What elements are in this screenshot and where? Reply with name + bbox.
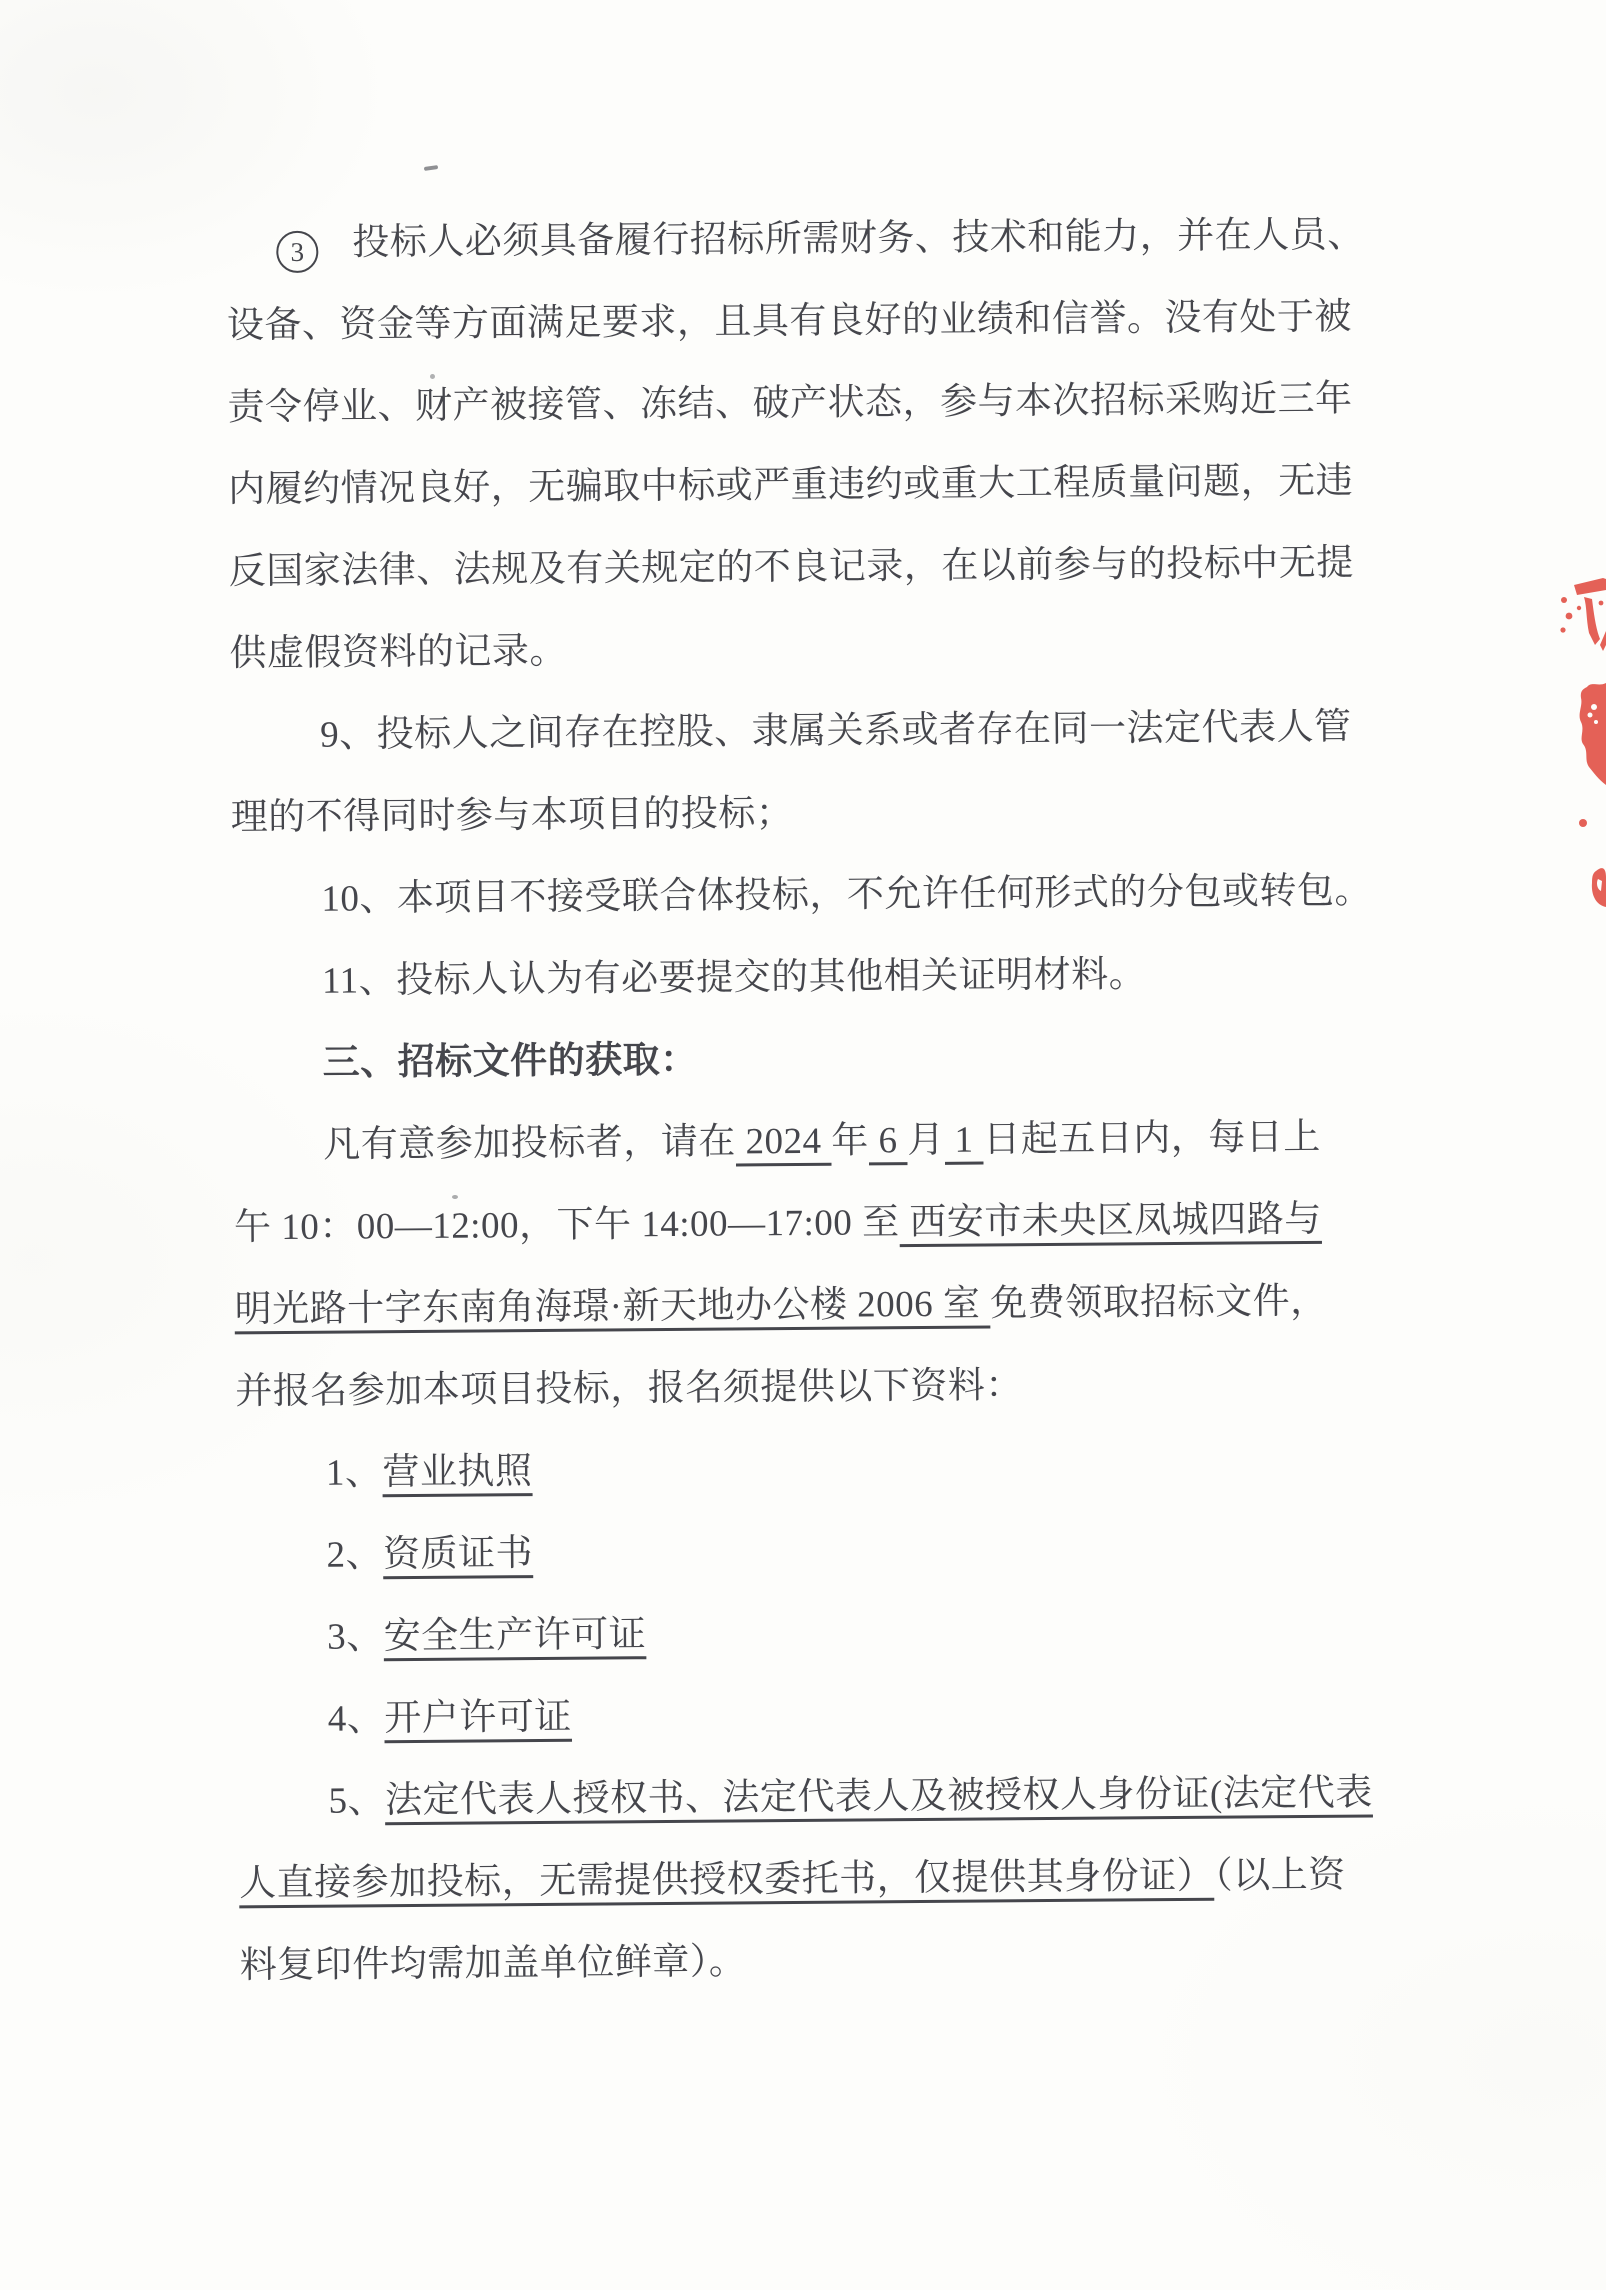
text-segment: 5、 bbox=[328, 1780, 385, 1821]
text-line: 3、安全生产许可证 bbox=[237, 1589, 1363, 1680]
text-segment: 反国家法律、法规及有关规定的不良记录，在以前参与的投标中无提 bbox=[229, 543, 1354, 593]
text-line: 3投标人必须具备履行招标所需财务、技术和能力，并在人员、 bbox=[226, 195, 1352, 286]
document-body: 3投标人必须具备履行招标所需财务、技术和能力，并在人员、设备、资金等方面满足要求… bbox=[226, 195, 1365, 2008]
text-line: 并报名参加本项目投标，报名须提供以下资料： bbox=[235, 1343, 1361, 1434]
text-line: 设备、资金等方面满足要求，且具有良好的业绩和信誉。没有处于被 bbox=[227, 277, 1353, 368]
text-segment: 人直接参加投标，无需提供授权委托书，仅提供其身份证） bbox=[239, 1856, 1214, 1905]
red-seal-graphic bbox=[1556, 575, 1606, 915]
text-line: 午 10：00—12:00，下午 14:00—17:00 至 西安市未央区凤城四… bbox=[234, 1179, 1360, 1270]
text-line: 供虚假资料的记录。 bbox=[229, 605, 1355, 696]
scan-speck bbox=[452, 1195, 458, 1199]
text-line: 人直接参加投标，无需提供授权委托书，仅提供其身份证）（以上资 bbox=[239, 1835, 1365, 1926]
text-segment: 安全生产许可证 bbox=[384, 1614, 647, 1657]
text-segment: 营业执照 bbox=[382, 1451, 532, 1493]
text-segment: 2、 bbox=[326, 1534, 383, 1575]
text-line: 9、投标人之间存在控股、隶属关系或者存在同一法定代表人管 bbox=[230, 687, 1356, 778]
text-line: 11、投标人认为有必要提交的其他相关证明材料。 bbox=[232, 933, 1358, 1024]
text-segment: 日起五日内，每日上 bbox=[983, 1117, 1321, 1161]
text-segment: （以上资 bbox=[1214, 1855, 1346, 1897]
text-segment: 明光路十字东南角海璟·新天地办公楼 2006 室 bbox=[234, 1283, 990, 1330]
text-line: 料复印件均需加盖单位鲜章）。 bbox=[239, 1917, 1365, 2008]
red-seal-stamp bbox=[1556, 575, 1606, 915]
text-segment: 法定代表人授权书、法定代表人及被授权人身份证(法定代表 bbox=[385, 1772, 1373, 1821]
text-segment: 设备、资金等方面满足要求，且具有良好的业绩和信誉。没有处于被 bbox=[227, 297, 1352, 347]
text-line: 三、招标文件的获取： bbox=[232, 1015, 1358, 1106]
text-segment: 三、招标文件的获取： bbox=[323, 1040, 698, 1084]
text-line: 反国家法律、法规及有关规定的不良记录，在以前参与的投标中无提 bbox=[229, 523, 1355, 614]
text-segment: 月 bbox=[907, 1120, 945, 1161]
text-segment: 2024 bbox=[736, 1121, 832, 1163]
text-line: 1、营业执照 bbox=[236, 1425, 1362, 1516]
text-line: 理的不得同时参与本项目的投标； bbox=[230, 769, 1356, 860]
scan-speck bbox=[424, 165, 438, 171]
text-segment: 并报名参加本项目投标，报名须提供以下资料： bbox=[235, 1365, 1023, 1412]
text-segment: 10、本项目不接受联合体投标，不允许任何形式的分包或转包。 bbox=[321, 870, 1372, 919]
text-line: 4、开户许可证 bbox=[238, 1671, 1364, 1762]
text-line: 2、资质证书 bbox=[236, 1507, 1362, 1598]
text-line: 责令停业、财产被接管、冻结、破产状态，参与本次招标采购近三年 bbox=[227, 359, 1353, 450]
scan-speck bbox=[430, 374, 435, 379]
text-line: 明光路十字东南角海璟·新天地办公楼 2006 室 免费领取招标文件， bbox=[234, 1261, 1360, 1352]
text-segment: 6 bbox=[869, 1120, 908, 1161]
text-segment: 投标人必须具备履行招标所需财务、技术和能力，并在人员、 bbox=[352, 215, 1365, 264]
text-segment: 1、 bbox=[326, 1452, 383, 1493]
text-segment: 理的不得同时参与本项目的投标； bbox=[231, 793, 794, 838]
text-segment: 免费领取招标文件， bbox=[990, 1281, 1328, 1325]
text-segment: 1 bbox=[945, 1120, 984, 1161]
text-segment: 年 bbox=[831, 1120, 869, 1161]
text-segment: 责令停业、财产被接管、冻结、破产状态，参与本次招标采购近三年 bbox=[227, 379, 1352, 429]
text-segment: 9、投标人之间存在控股、隶属关系或者存在同一法定代表人管 bbox=[320, 707, 1352, 756]
text-segment: 凡有意参加投标者，请在 bbox=[323, 1121, 736, 1165]
text-segment: 西安市未央区凤城四路与 bbox=[899, 1199, 1322, 1243]
text-segment: 资质证书 bbox=[383, 1533, 533, 1575]
text-segment: 料复印件均需加盖单位鲜章）。 bbox=[240, 1941, 747, 1986]
text-segment: 供虚假资料的记录。 bbox=[229, 631, 567, 675]
text-segment: 11、投标人认为有必要提交的其他相关证明材料。 bbox=[322, 954, 1146, 1001]
text-segment: 内履约情况良好，无骗取中标或严重违约或重大工程质量问题，无违 bbox=[228, 461, 1353, 511]
text-segment: 4、 bbox=[328, 1698, 385, 1739]
text-segment: 开户许可证 bbox=[384, 1697, 572, 1739]
text-line: 内履约情况良好，无骗取中标或严重违约或重大工程质量问题，无违 bbox=[228, 441, 1354, 532]
text-line: 5、法定代表人授权书、法定代表人及被授权人身份证(法定代表 bbox=[238, 1753, 1364, 1844]
circled-number: 3 bbox=[276, 231, 318, 273]
text-line: 10、本项目不接受联合体投标，不允许任何形式的分包或转包。 bbox=[231, 851, 1357, 942]
scanned-document-page: 3投标人必须具备履行招标所需财务、技术和能力，并在人员、设备、资金等方面满足要求… bbox=[0, 0, 1606, 2290]
text-line: 凡有意参加投标者，请在 2024 年 6 月 1 日起五日内，每日上 bbox=[233, 1097, 1359, 1188]
text-segment: 3、 bbox=[327, 1616, 384, 1657]
text-segment: 午 10：00—12:00，下午 14:00—17:00 至 bbox=[234, 1202, 900, 1248]
